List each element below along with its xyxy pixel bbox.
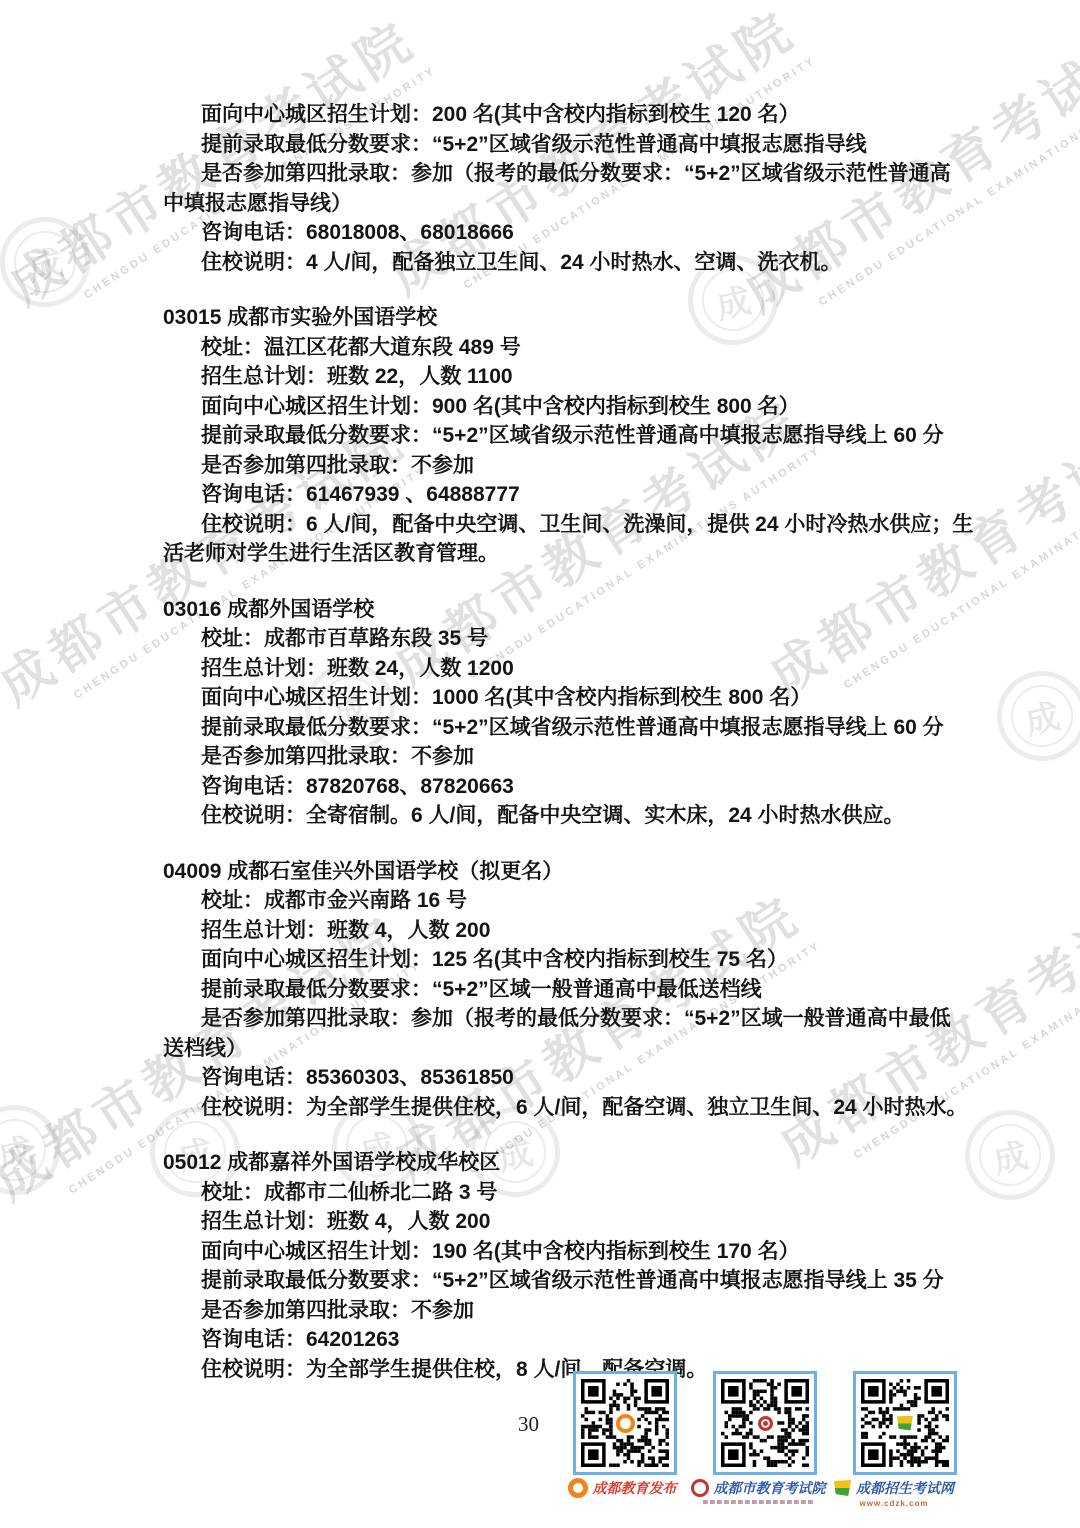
- text-line: 面向中心城区招生计划：125 名(其中含校内指标到校生 75 名）: [163, 945, 963, 975]
- orange-ring-icon: [568, 1478, 588, 1498]
- seal-inner-ring: 成: [979, 1124, 1041, 1186]
- qr-label-row: 成都教育发布成都市教育考试院成都招生考试网www.cdzk.com: [560, 1478, 968, 1508]
- text-line: 是否参加第四批录取：参加（报考的最低分数要求：“5+2”区域一般普通高中最低: [163, 1004, 963, 1034]
- text-line: 咨询电话：85360303、85361850: [163, 1063, 963, 1093]
- continuation-block: 面向中心城区招生计划：200 名(其中含校内指标到校生 120 名）提前录取最低…: [163, 100, 963, 277]
- qr-label-main: 成都教育发布: [568, 1478, 677, 1498]
- qr-sublabel: www.cdzk.com: [859, 1499, 928, 1508]
- seal-character: 成: [1020, 689, 1063, 744]
- text-line: 提前录取最低分数要求：“5+2”区域省级示范性普通高中填报志愿指导线上 35 分: [163, 1266, 963, 1296]
- text-line: 面向中心城区招生计划：1000 名(其中含校内指标到校生 800 名）: [163, 683, 963, 713]
- text-line: 是否参加第四批录取：不参加: [163, 742, 963, 772]
- text-line: 招生总计划：班数 22，人数 1100: [163, 362, 963, 392]
- flag-icon: [834, 1480, 851, 1496]
- text-line: 面向中心城区招生计划：900 名(其中含校内指标到校生 800 名）: [163, 392, 963, 422]
- document-page: 成都市教育考试院CHENGDU EDUCATIONAL EXAMINATIONS…: [0, 0, 1080, 1528]
- seal-watermark: 成: [997, 671, 1080, 761]
- text-line: 是否参加第四批录取：参加（报考的最低分数要求：“5+2”区域省级示范性普通高: [163, 159, 963, 189]
- qr-code-row: [573, 1371, 957, 1475]
- school-header: 03015 成都市实验外国语学校: [163, 303, 963, 333]
- school-header: 03016 成都外国语学校: [163, 595, 963, 625]
- text-line: 提前录取最低分数要求：“5+2”区域省级示范性普通高中填报志愿指导线上 60 分: [163, 421, 963, 451]
- seal-inner-ring: 成: [14, 231, 76, 293]
- text-line: 咨询电话：87820768、87820663: [163, 772, 963, 802]
- qr-label-main: 成都市教育考试院: [691, 1478, 826, 1498]
- text-line: 招生总计划：班数 4，人数 200: [163, 916, 963, 946]
- text-line: 面向中心城区招生计划：190 名(其中含校内指标到校生 170 名）: [163, 1237, 963, 1267]
- qr-label-fineprint: [703, 1500, 813, 1504]
- text-line: 咨询电话：68018008、68018666: [163, 218, 963, 248]
- qr-label-text: 成都市教育考试院: [714, 1478, 826, 1498]
- school-block: 04009 成都石室佳兴外国语学校（拟更名）校址：成都市金兴南路 16 号招生总…: [163, 857, 963, 1123]
- text-line: 提前录取最低分数要求：“5+2”区域一般普通高中最低送档线: [163, 975, 963, 1005]
- qr-code: [573, 1371, 677, 1475]
- seal-character: 成: [0, 1123, 37, 1178]
- school-header: 05012 成都嘉祥外国语学校成华校区: [163, 1148, 963, 1178]
- school-header: 04009 成都石室佳兴外国语学校（拟更名）: [163, 857, 963, 887]
- text-line: 住校说明：4 人/间，配备独立卫生间、24 小时热水、空调、洗衣机。: [163, 248, 963, 278]
- text-line: 提前录取最低分数要求：“5+2”区域省级示范性普通高中填报志愿指导线: [163, 130, 963, 160]
- qr-code: [713, 1371, 817, 1475]
- seal-watermark: 成: [0, 1105, 60, 1195]
- text-line: 住校说明：为全部学生提供住校，6 人/间，配备空调、独立卫生间、24 小时热水。: [163, 1093, 963, 1123]
- text-line: 招生总计划：班数 4，人数 200: [163, 1207, 963, 1237]
- text-line: 校址：成都市金兴南路 16 号: [163, 886, 963, 916]
- page-number: 30: [518, 1412, 539, 1437]
- text-line: 活老师对学生进行生活区教育管理。: [163, 539, 963, 569]
- text-line: 中填报志愿指导线）: [163, 189, 963, 219]
- text-line: 招生总计划：班数 24，人数 1200: [163, 654, 963, 684]
- qr-code: [853, 1371, 957, 1475]
- text-line: 提前录取最低分数要求：“5+2”区域省级示范性普通高中填报志愿指导线上 60 分: [163, 713, 963, 743]
- qr-label-text: 成都招生考试网: [856, 1478, 954, 1498]
- text-line: 住校说明：全寄宿制。6 人/间，配备中央空调、实木床，24 小时热水供应。: [163, 801, 963, 831]
- seal-inner-ring: 成: [1011, 685, 1073, 747]
- text-line: 面向中心城区招生计划：200 名(其中含校内指标到校生 120 名）: [163, 100, 963, 130]
- text-line: 校址：温江区花都大道东段 489 号: [163, 333, 963, 363]
- seal-watermark: 成: [965, 1110, 1055, 1200]
- text-line: 校址：成都市百草路东段 35 号: [163, 624, 963, 654]
- text-line: 咨询电话：61467939 、64888777: [163, 480, 963, 510]
- seal-inner-ring: 成: [0, 1119, 46, 1181]
- text-line: 校址：成都市二仙桥北二路 3 号: [163, 1178, 963, 1208]
- qr-label: 成都招生考试网www.cdzk.com: [832, 1478, 956, 1508]
- text-line: 是否参加第四批录取：不参加: [163, 1296, 963, 1326]
- school-block: 03015 成都市实验外国语学校校址：温江区花都大道东段 489 号招生总计划：…: [163, 303, 963, 569]
- school-block: 05012 成都嘉祥外国语学校成华校区校址：成都市二仙桥北二路 3 号招生总计划…: [163, 1148, 963, 1384]
- school-block: 03016 成都外国语学校校址：成都市百草路东段 35 号招生总计划：班数 24…: [163, 595, 963, 831]
- text-line: 送档线）: [163, 1034, 963, 1064]
- qr-label: 成都市教育考试院: [696, 1478, 820, 1508]
- qr-center-logo: [895, 1413, 915, 1433]
- seal-watermark: 成: [0, 217, 90, 307]
- flag-icon: [897, 1416, 913, 1431]
- qr-label: 成都教育发布: [560, 1478, 684, 1508]
- text-line: 咨询电话：64201263: [163, 1325, 963, 1355]
- text-line: 住校说明：6 人/间，配备中央空调、卫生间、洗澡间，提供 24 小时冷热水供应；…: [163, 510, 963, 540]
- qr-center-logo: [755, 1413, 775, 1433]
- red-seal-icon: [758, 1416, 773, 1431]
- red-seal-icon: [691, 1479, 709, 1497]
- qr-center-logo: [615, 1413, 635, 1433]
- text-line: 是否参加第四批录取：不参加: [163, 451, 963, 481]
- seal-character: 成: [23, 235, 66, 290]
- qr-label-text: 成都教育发布: [593, 1478, 677, 1498]
- orange-ring-icon: [616, 1414, 635, 1433]
- document-body: 面向中心城区招生计划：200 名(其中含校内指标到校生 120 名）提前录取最低…: [163, 100, 963, 1410]
- qr-label-main: 成都招生考试网: [834, 1478, 954, 1498]
- seal-character: 成: [988, 1128, 1031, 1183]
